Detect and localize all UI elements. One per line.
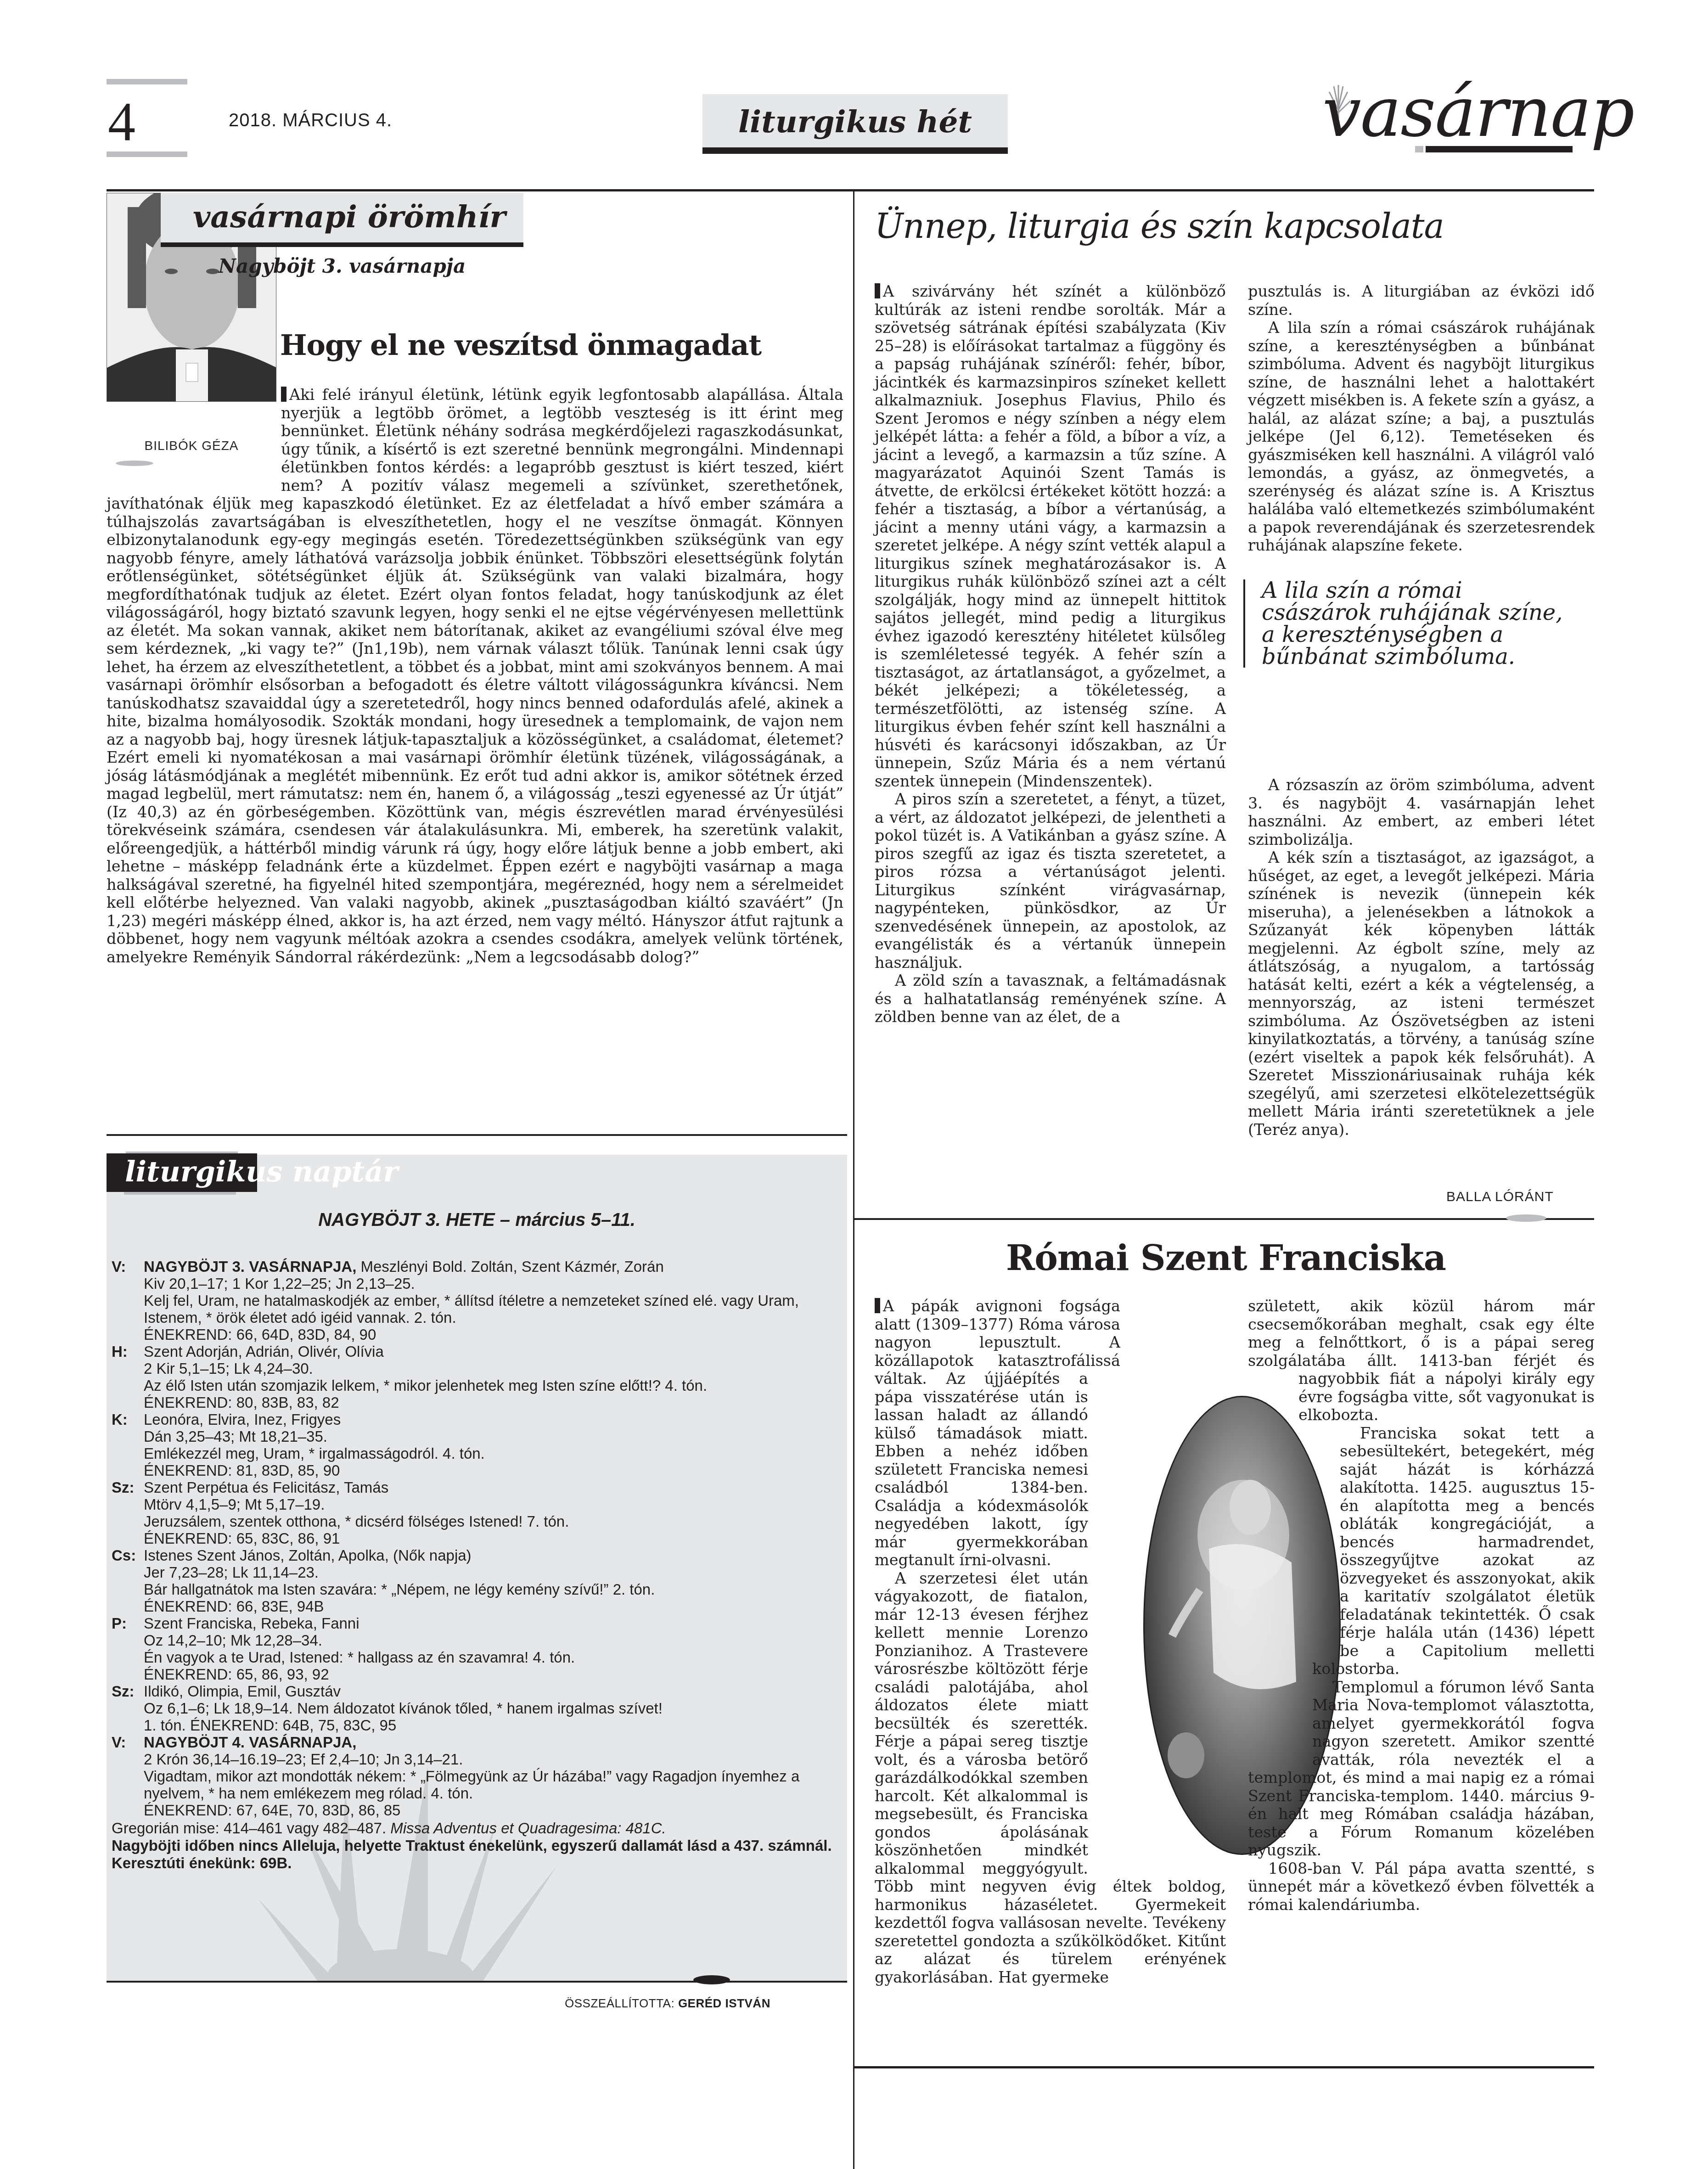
paragraph-text: A pápák avignoni fogsága alatt (1309–137…	[875, 1297, 1120, 1569]
byline-ornament	[1506, 1214, 1546, 1222]
paragraph: pusztulás is. A liturgiában az évközi id…	[1248, 282, 1595, 319]
day-title: NAGYBÖJT 4. VASÁRNAPJA,	[144, 1734, 837, 1751]
day-songs: ÉNEKREND: 66, 83E, 94B	[144, 1598, 837, 1615]
day-songs: ÉNEKREND: 65, 83C, 86, 91	[144, 1530, 837, 1547]
article-column-2: pusztulás is. A liturgiában az évközi id…	[1248, 282, 1595, 555]
day-key: Sz:	[112, 1683, 144, 1734]
day-names: Istenes Szent János, Zoltán, Apolka, (Nő…	[144, 1547, 837, 1564]
paragraph: A zöld szín a tavasznak, a feltámadásnak…	[875, 972, 1226, 1026]
lead-marker	[281, 387, 287, 402]
wrap-spacer-c	[1248, 1426, 1340, 1646]
pull-quote: A lila szín a római császárok ruhájának …	[1243, 579, 1574, 668]
page-number-rule-top	[107, 79, 187, 84]
day-readings: Dán 3,25–43; Mt 18,21–35.	[144, 1428, 837, 1445]
calendar-credit: ÖSSZEÁLLÍTOTTA: GERÉD ISTVÁN	[565, 1996, 770, 2011]
day-entry: Szent Adorján, Adrián, Olivér, Olívia 2 …	[144, 1343, 837, 1411]
day-key: Sz:	[112, 1479, 144, 1547]
day-psalm: Vigadtam, mikor azt mondották nékem: * „…	[144, 1768, 837, 1802]
paragraph-text: A szivárvány hét színét a különböző kult…	[875, 282, 1226, 790]
page-bottom-rule	[853, 2066, 1594, 2068]
image-wrap-spacer-1	[1120, 1297, 1226, 1380]
paragraph: A piros szín a szeretetet, a fényt, a tü…	[875, 790, 1226, 972]
gregorian-note: Gregorián mise: 414–461 vagy 482–487. Mi…	[112, 1820, 837, 1837]
gregorian-italic: Missa Adventus et Quadragesima: 481C.	[390, 1820, 666, 1837]
calendar-day: V: NAGYBÖJT 4. VASÁRNAPJA, 2 Krón 36,14–…	[112, 1734, 837, 1819]
day-readings: Jer 7,23–28; Lk 11,14–23.	[144, 1564, 837, 1581]
logo-rule-accent	[1415, 146, 1423, 152]
calendar-day: Cs: Istenes Szent János, Zoltán, Apolka,…	[112, 1547, 837, 1615]
day-psalm: Én vagyok a te Urad, Istened: * hallgass…	[144, 1649, 837, 1666]
day-names: Meszlényi Bold. Zoltán, Szent Kázmér, Zo…	[360, 1258, 663, 1275]
day-songs: 1. tón. ÉNEKREND: 64B, 75, 83C, 95	[144, 1717, 837, 1734]
day-entry: Leonóra, Elvira, Inez, Frigyes Dán 3,25–…	[144, 1411, 837, 1479]
article-body: Aki felé irányul életünk, létünk egyik l…	[107, 386, 843, 966]
calendar-title: liturgikus naptár	[107, 1153, 257, 1192]
article-column-1: A szivárvány hét színét a különböző kult…	[875, 282, 1226, 1026]
article-column-2-continued: A rózsaszín az öröm szimbóluma, advent 3…	[1248, 776, 1595, 1139]
day-readings: Kiv 20,1–17; 1 Kor 1,22–25; Jn 2,13–25.	[144, 1275, 837, 1292]
paragraph: 1608-ban V. Pál pápa avatta szentté, s ü…	[1248, 1860, 1595, 1914]
image-wrap-spacer-2	[1088, 1380, 1226, 1866]
credit-name: GERÉD ISTVÁN	[678, 1996, 770, 2010]
day-psalm: Az élő Isten után szomjazik lelkem, * mi…	[144, 1377, 837, 1394]
section-title: liturgikus hét	[702, 94, 1008, 154]
calendar-day: Sz: Ildikó, Olimpia, Emil, Gusztáv Oz 6,…	[112, 1683, 837, 1734]
day-title: NAGYBÖJT 3. VASÁRNAPJA,	[144, 1258, 356, 1275]
day-songs: ÉNEKREND: 81, 83D, 85, 90	[144, 1462, 837, 1479]
photo-wrap-spacer	[107, 386, 281, 482]
day-key: Cs:	[112, 1547, 144, 1615]
day-names: Ildikó, Olimpia, Emil, Gusztáv	[144, 1683, 837, 1700]
day-entry: Istenes Szent János, Zoltán, Apolka, (Nő…	[144, 1547, 837, 1615]
paragraph: A kék szín a tisztaságot, az igazságot, …	[1248, 848, 1595, 1139]
calendar-day: K: Leonóra, Elvira, Inez, Frigyes Dán 3,…	[112, 1411, 837, 1479]
day-readings: Oz 14,2–10; Mk 12,28–34.	[144, 1632, 837, 1649]
day-names: Szent Perpétua és Felicitász, Tamás	[144, 1479, 837, 1496]
day-readings: 2 Krón 36,14–16.19–23; Ef 2,4–10; Jn 3,1…	[144, 1751, 837, 1768]
franciska-column-2: született, akik közül három már csecsemő…	[1248, 1297, 1595, 1914]
calendar-list: V: NAGYBÖJT 3. VASÁRNAPJA, Meszlényi Bol…	[112, 1258, 837, 1872]
day-entry: Ildikó, Olimpia, Emil, Gusztáv Oz 6,1–6;…	[144, 1683, 837, 1734]
credit-label: ÖSSZEÁLLÍTOTTA:	[565, 1996, 674, 2010]
franciska-column-1: A pápák avignoni fogsága alatt (1309–137…	[875, 1297, 1226, 1986]
paragraph: A lila szín a római császárok ruhájának …	[1248, 319, 1595, 555]
day-key: K:	[112, 1411, 144, 1479]
issue-date: 2018. MÁRCIUS 4.	[229, 110, 392, 131]
calendar-day: P: Szent Franciska, Rebeka, Fanni Oz 14,…	[112, 1615, 837, 1683]
calendar-week: NAGYBÖJT 3. HETE – március 5–11.	[107, 1210, 847, 1231]
day-songs: ÉNEKREND: 80, 83B, 83, 82	[144, 1394, 837, 1411]
calendar-title-shadow	[124, 1192, 236, 1195]
day-psalm: Kelj fel, Uram, ne hatalmaskodjék az emb…	[144, 1292, 837, 1326]
day-entry: Szent Perpétua és Felicitász, Tamás Mtör…	[144, 1479, 837, 1547]
day-names: Szent Franciska, Rebeka, Fanni	[144, 1615, 837, 1632]
header-divider	[107, 189, 1594, 191]
calendar-day: Sz: Szent Perpétua és Felicitász, Tamás …	[112, 1479, 837, 1547]
logo-rule	[1426, 146, 1573, 152]
lent-note: Nagyböjti időben nincs Alleluja, helyett…	[112, 1837, 837, 1872]
day-readings: 2 Kir 5,1–15; Lk 4,24–30.	[144, 1360, 837, 1377]
wrap-spacer-d	[1248, 1646, 1312, 1756]
day-key: P:	[112, 1615, 144, 1683]
day-key: V:	[112, 1258, 144, 1343]
day-psalm: Bár hallgatnátok ma Isten szavára: * „Né…	[144, 1581, 837, 1598]
day-readings: Mtörv 4,1,5–9; Mt 5,17–19.	[144, 1496, 837, 1513]
day-names: Szent Adorján, Adrián, Olivér, Olívia	[144, 1343, 837, 1360]
day-songs: ÉNEKREND: 66, 64D, 83D, 84, 90	[144, 1326, 837, 1343]
column-label: vasárnapi örömhír	[161, 193, 523, 247]
day-psalm: Emlékezzél meg, Uram, * irgalmasságodról…	[144, 1445, 837, 1462]
wrap-spacer-b	[1248, 1371, 1298, 1426]
section-divider	[853, 1218, 1594, 1220]
day-entry: NAGYBÖJT 3. VASÁRNAPJA, Meszlényi Bold. …	[144, 1258, 837, 1343]
lead-marker	[875, 1298, 880, 1313]
author-name: BALLA LÓRÁNT	[1446, 1189, 1554, 1205]
article-headline: Hogy el ne veszítsd önmagadat	[280, 328, 761, 362]
paragraph: A rózsaszín az öröm szimbóluma, advent 3…	[1248, 776, 1595, 848]
day-entry: Szent Franciska, Rebeka, Fanni Oz 14,2–1…	[144, 1615, 837, 1683]
day-key: H:	[112, 1343, 144, 1411]
column-divider	[107, 1134, 847, 1136]
lead-marker	[875, 283, 880, 298]
publication-logo: vasárnap	[1322, 78, 1634, 147]
day-songs: ÉNEKREND: 65, 86, 93, 92	[144, 1666, 837, 1683]
article-subtitle: Nagyböjt 3. vasárnapja	[161, 255, 523, 277]
calendar-day: H: Szent Adorján, Adrián, Olivér, Olívia…	[112, 1343, 837, 1411]
page-number-rule-bottom	[107, 152, 187, 157]
paragraph: született, akik közül három már csecsemő…	[1248, 1297, 1595, 1424]
article-headline: Római Szent Franciska	[854, 1237, 1598, 1278]
paragraph: A szivárvány hét színét a különböző kult…	[875, 282, 1226, 790]
vertical-column-rule	[853, 189, 854, 2169]
page-number: 4	[108, 94, 135, 149]
gregorian-text: Gregorián mise: 414–461 vagy 482–487.	[112, 1820, 386, 1837]
calendar-day: V: NAGYBÖJT 3. VASÁRNAPJA, Meszlényi Bol…	[112, 1258, 837, 1343]
calendar-ornament	[693, 1975, 730, 1984]
calendar-bottom-rule	[107, 1981, 847, 1983]
day-key: V:	[112, 1734, 144, 1819]
article-headline: Ünnep, liturgia és szín kapcsolata	[875, 207, 1444, 246]
day-psalm: Jeruzsálem, szentek otthona, * dicsérd f…	[144, 1513, 837, 1530]
day-names: Leonóra, Elvira, Inez, Frigyes	[144, 1411, 837, 1428]
day-songs: ÉNEKREND: 67, 64E, 70, 83D, 86, 85	[144, 1802, 837, 1819]
day-entry: NAGYBÖJT 4. VASÁRNAPJA, 2 Krón 36,14–16.…	[144, 1734, 837, 1819]
day-readings: Oz 6,1–6; Lk 18,9–14. Nem áldozatot kívá…	[144, 1700, 837, 1717]
